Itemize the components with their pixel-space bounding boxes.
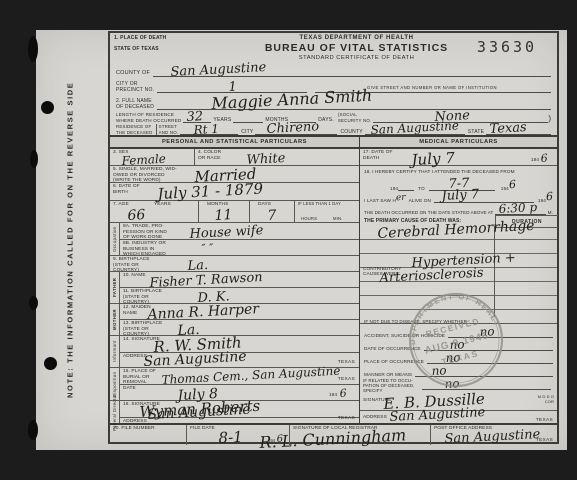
ssn-label: (SOCIAL SECURITY NO. — [338, 112, 372, 123]
age-label: 7. AGE — [113, 202, 129, 208]
age-years-value: 66 — [127, 207, 146, 224]
birthplace-row: 9. BIRTHPLACE (STATE OR COUNTRY) La. — [110, 256, 359, 272]
death-date-label: 17. DATE OF DEATH — [363, 150, 393, 161]
certificate-number: 33630 — [461, 38, 553, 56]
title-block: TEXAS DEPARTMENT OF HEALTH BUREAU OF VIT… — [252, 35, 461, 63]
age-days-value: 7 — [267, 208, 277, 224]
age-days-cell: DAYS 7 — [249, 201, 294, 222]
street-label: STREET AND NO. — [156, 124, 179, 135]
street-line: Rt 1 — [180, 134, 238, 135]
industry-value: ″ ″ — [201, 241, 213, 255]
sex-value: Female — [121, 152, 166, 168]
year-digit: 6 — [546, 190, 554, 203]
year-prefix: 194 — [329, 393, 337, 398]
director-group: Funeral Director 16. SIGNATURE Wyman Rob… — [110, 401, 359, 423]
city-label: CITY — [241, 129, 253, 135]
scan-artifact — [28, 36, 38, 62]
age-years-label: YEARS — [154, 202, 171, 208]
last-saw-date: July 7 — [441, 187, 479, 204]
sex-cell: 3. SEX Female — [110, 149, 194, 165]
father-side-label: FATHER — [110, 272, 119, 303]
race-label: 4. COLOR OR RACE — [198, 150, 221, 161]
bureau-title: BUREAU OF VITAL STATISTICS — [252, 42, 461, 55]
section-band: PERSONAL AND STATISTICAL PARTICULARS MED… — [110, 135, 557, 149]
age-row: 7. AGE YEARS 66 MONTHS 11 DAYS 7 — [110, 201, 359, 223]
age-less-cell: IF LESS THAN 1 DAY HOURS MIN. — [294, 201, 359, 222]
registrar-signature-cell: SIGNATURE OF LOCAL REGISTRAR R. L. Cunni… — [290, 425, 431, 445]
age-days-label: DAYS — [258, 202, 271, 208]
medical-section-header: MEDICAL PARTICULARS — [360, 137, 557, 147]
mother-group: MOTHER 12. MAIDEN NAME Anna R. Harper 13… — [110, 304, 359, 336]
department-title: TEXAS DEPARTMENT OF HEALTH — [252, 35, 461, 42]
county2-label: COUNTY — [340, 129, 362, 135]
scan-artifact — [28, 420, 38, 440]
state-of-texas-label: STATE OF TEXAS — [114, 46, 252, 52]
file-number-label: 20. FILE NUMBER — [113, 426, 155, 432]
hours-label: HOURS — [301, 216, 317, 221]
fullname-label: 2. FULL NAME OF DECEASED — [116, 98, 154, 110]
texas-label: TEXAS — [338, 360, 355, 365]
institution-caption: GIVE STREET AND NUMBER OR NAME OF INSTIT… — [367, 85, 497, 90]
trade-label: 8A. TRADE, PRO- FESSION OR KIND OF WORK … — [123, 224, 167, 241]
mother-side-strip: MOTHER — [110, 304, 120, 336]
director-side-label: Funeral Director — [110, 401, 119, 423]
county2-line: San Augustine — [365, 134, 465, 135]
father-side-strip: FATHER — [110, 272, 120, 304]
post-office-cell: POST OFFICE ADDRESS San Augustine TEXAS — [431, 425, 557, 445]
birthplace-value: La. — [187, 258, 208, 274]
registrar-strip: 20. FILE NUMBER FILE DATE 8-1 194 6 SIGN… — [110, 423, 557, 445]
state-line: Texas — [486, 134, 551, 135]
occupation-side-strip: Occupation — [110, 223, 120, 256]
precinct-label: CITY OR PRECINCT NO. — [116, 81, 154, 93]
year-prefix: 194 — [531, 158, 539, 163]
age-less-label: IF LESS THAN 1 DAY — [298, 202, 341, 207]
dob-row: 6. DATE OF BIRTH July 31 - 1879 — [110, 183, 359, 201]
state-value: Texas — [489, 120, 527, 137]
father-group: FATHER 10. NAME Fisher T. Rawson 11. BIR… — [110, 272, 359, 304]
occupation-rows: 8A. TRADE, PRO- FESSION OR KIND OF WORK … — [120, 223, 359, 256]
county-label: COUNTY OF — [116, 70, 150, 77]
last-saw-her: er — [396, 193, 406, 204]
certificate-number-block: 33630 — [461, 35, 553, 63]
city-value: Chireno — [267, 119, 320, 137]
file-number-cell: 20. FILE NUMBER — [110, 425, 187, 445]
margin-note: NOTE: THE INFORMATION CALLED FOR ON THE … — [62, 30, 78, 450]
scanned-death-certificate: NOTE: THE INFORMATION CALLED FOR ON THE … — [0, 0, 577, 480]
texas-label: TEXAS — [338, 377, 355, 382]
place-of-death-label: 1. PLACE OF DEATH — [114, 35, 252, 41]
dob-label: 6. DATE OF BIRTH — [113, 184, 140, 195]
street-value: Rt 1 — [194, 122, 220, 137]
sex-race-row: 3. SEX Female 4. COLOR OR RACE White — [110, 149, 359, 166]
file-date-label: FILE DATE — [190, 426, 215, 432]
trade-row: 8A. TRADE, PRO- FESSION OR KIND OF WORK … — [120, 223, 359, 240]
age-cell: 7. AGE YEARS 66 — [110, 201, 198, 222]
hole-punch — [44, 357, 57, 370]
texas-label: TEXAS — [536, 418, 553, 423]
year-digit: 6 — [339, 387, 347, 400]
hole-punch — [41, 101, 54, 114]
father-name-label: 10. NAME — [123, 273, 146, 279]
form-header: 1. PLACE OF DEATH STATE OF TEXAS TEXAS D… — [110, 33, 557, 63]
scan-artifact — [29, 296, 38, 310]
disposition-group: Disposition 15. PLACE OF BURIAL OR REMOV… — [110, 368, 359, 401]
time-value: 6:30 p — [499, 200, 538, 216]
personal-section-header: PERSONAL AND STATISTICAL PARTICULARS — [110, 137, 360, 147]
death-date-row: 17. DATE OF DEATH July 7 194 6 — [360, 149, 557, 166]
race-cell: 4. COLOR OR RACE White — [194, 149, 359, 165]
dob-value: July 31 - 1879 — [157, 179, 263, 203]
marital-label: 5. SINGLE, MARRIED, WID- OWED OR DIVORCE… — [113, 167, 177, 184]
length-label: LENGTH OF RESIDENCE WHERE DEATH OCCURRED — [116, 112, 181, 123]
burial-label: 15. PLACE OF BURIAL OR REMOVAL — [123, 369, 156, 386]
director-address-row: ADDRESS San Augustine TEXAS — [120, 418, 359, 423]
personal-column: 3. SEX Female 4. COLOR OR RACE White 5. … — [110, 149, 360, 423]
physician-address-label: ADDRESS — [363, 415, 387, 421]
physician-address-row: ADDRESS San Augustine TEXAS — [360, 411, 557, 425]
county-row: COUNTY OF San Augustine — [110, 63, 557, 77]
certify-row: 18. I HEREBY CERTIFY THAT I ATTENDED THE… — [360, 166, 557, 177]
place-of-death-block: 1. PLACE OF DEATH STATE OF TEXAS — [114, 35, 252, 63]
burial-row: 15. PLACE OF BURIAL OR REMOVAL Thomas Ce… — [120, 368, 359, 385]
informant-side-label: Informant — [110, 336, 119, 367]
residence-row: RESIDENCE OF THE DECEASED STREET AND NO.… — [110, 123, 557, 135]
age-months-value: 11 — [214, 207, 233, 224]
director-side-strip: Funeral Director — [110, 401, 120, 423]
burial-date-label: DATE — [123, 386, 136, 392]
year-digit: 6 — [508, 178, 516, 191]
close-paren: ) — [548, 114, 551, 123]
residence-label: RESIDENCE OF THE DECEASED — [116, 124, 153, 135]
death-date-value: July 7 — [411, 149, 455, 169]
texas-label: TEXAS — [338, 416, 355, 421]
file-date-value: 8-1 — [218, 428, 243, 447]
occupation-group: Occupation 8A. TRADE, PRO- FESSION OR KI… — [110, 223, 359, 256]
informant-side-strip: Informant — [110, 336, 120, 368]
certify-label: 18. I HEREBY CERTIFY THAT I ATTENDED THE… — [364, 169, 515, 174]
year-digit: 6 — [540, 152, 548, 165]
standard-title: STANDARD CERTIFICATE OF DEATH — [252, 55, 461, 62]
degree-options: M D D O COR — [538, 395, 554, 404]
scan-artifact — [30, 150, 38, 168]
informant-group: Informant 14. SIGNATURE R. W. Smith ADDR… — [110, 336, 359, 368]
industry-row: 8B. INDUSTRY OR BUSINESS IN WHICH ENGAGE… — [120, 240, 359, 256]
father-name-row: 10. NAME Fisher T. Rawson — [120, 272, 359, 288]
city-line: Chireno — [255, 134, 337, 135]
age-months-cell: MONTHS 11 — [198, 201, 249, 222]
mother-name-row: 12. MAIDEN NAME Anna R. Harper — [120, 304, 359, 320]
mother-side-label: MOTHER — [110, 304, 119, 335]
ruled-line — [360, 240, 557, 254]
death-time-row: THE DEATH OCCURRED ON THE DATE STATED AB… — [360, 203, 557, 215]
fullname-row: 2. FULL NAME OF DECEASED Maggie Anna Smi… — [110, 93, 557, 110]
min-label: MIN. — [333, 216, 343, 221]
related-label: IF RELATED TO OCCU- PATION OF DECEASED, … — [363, 378, 415, 393]
occupation-side-label: Occupation — [110, 223, 119, 255]
state-label: STATE — [468, 129, 484, 135]
